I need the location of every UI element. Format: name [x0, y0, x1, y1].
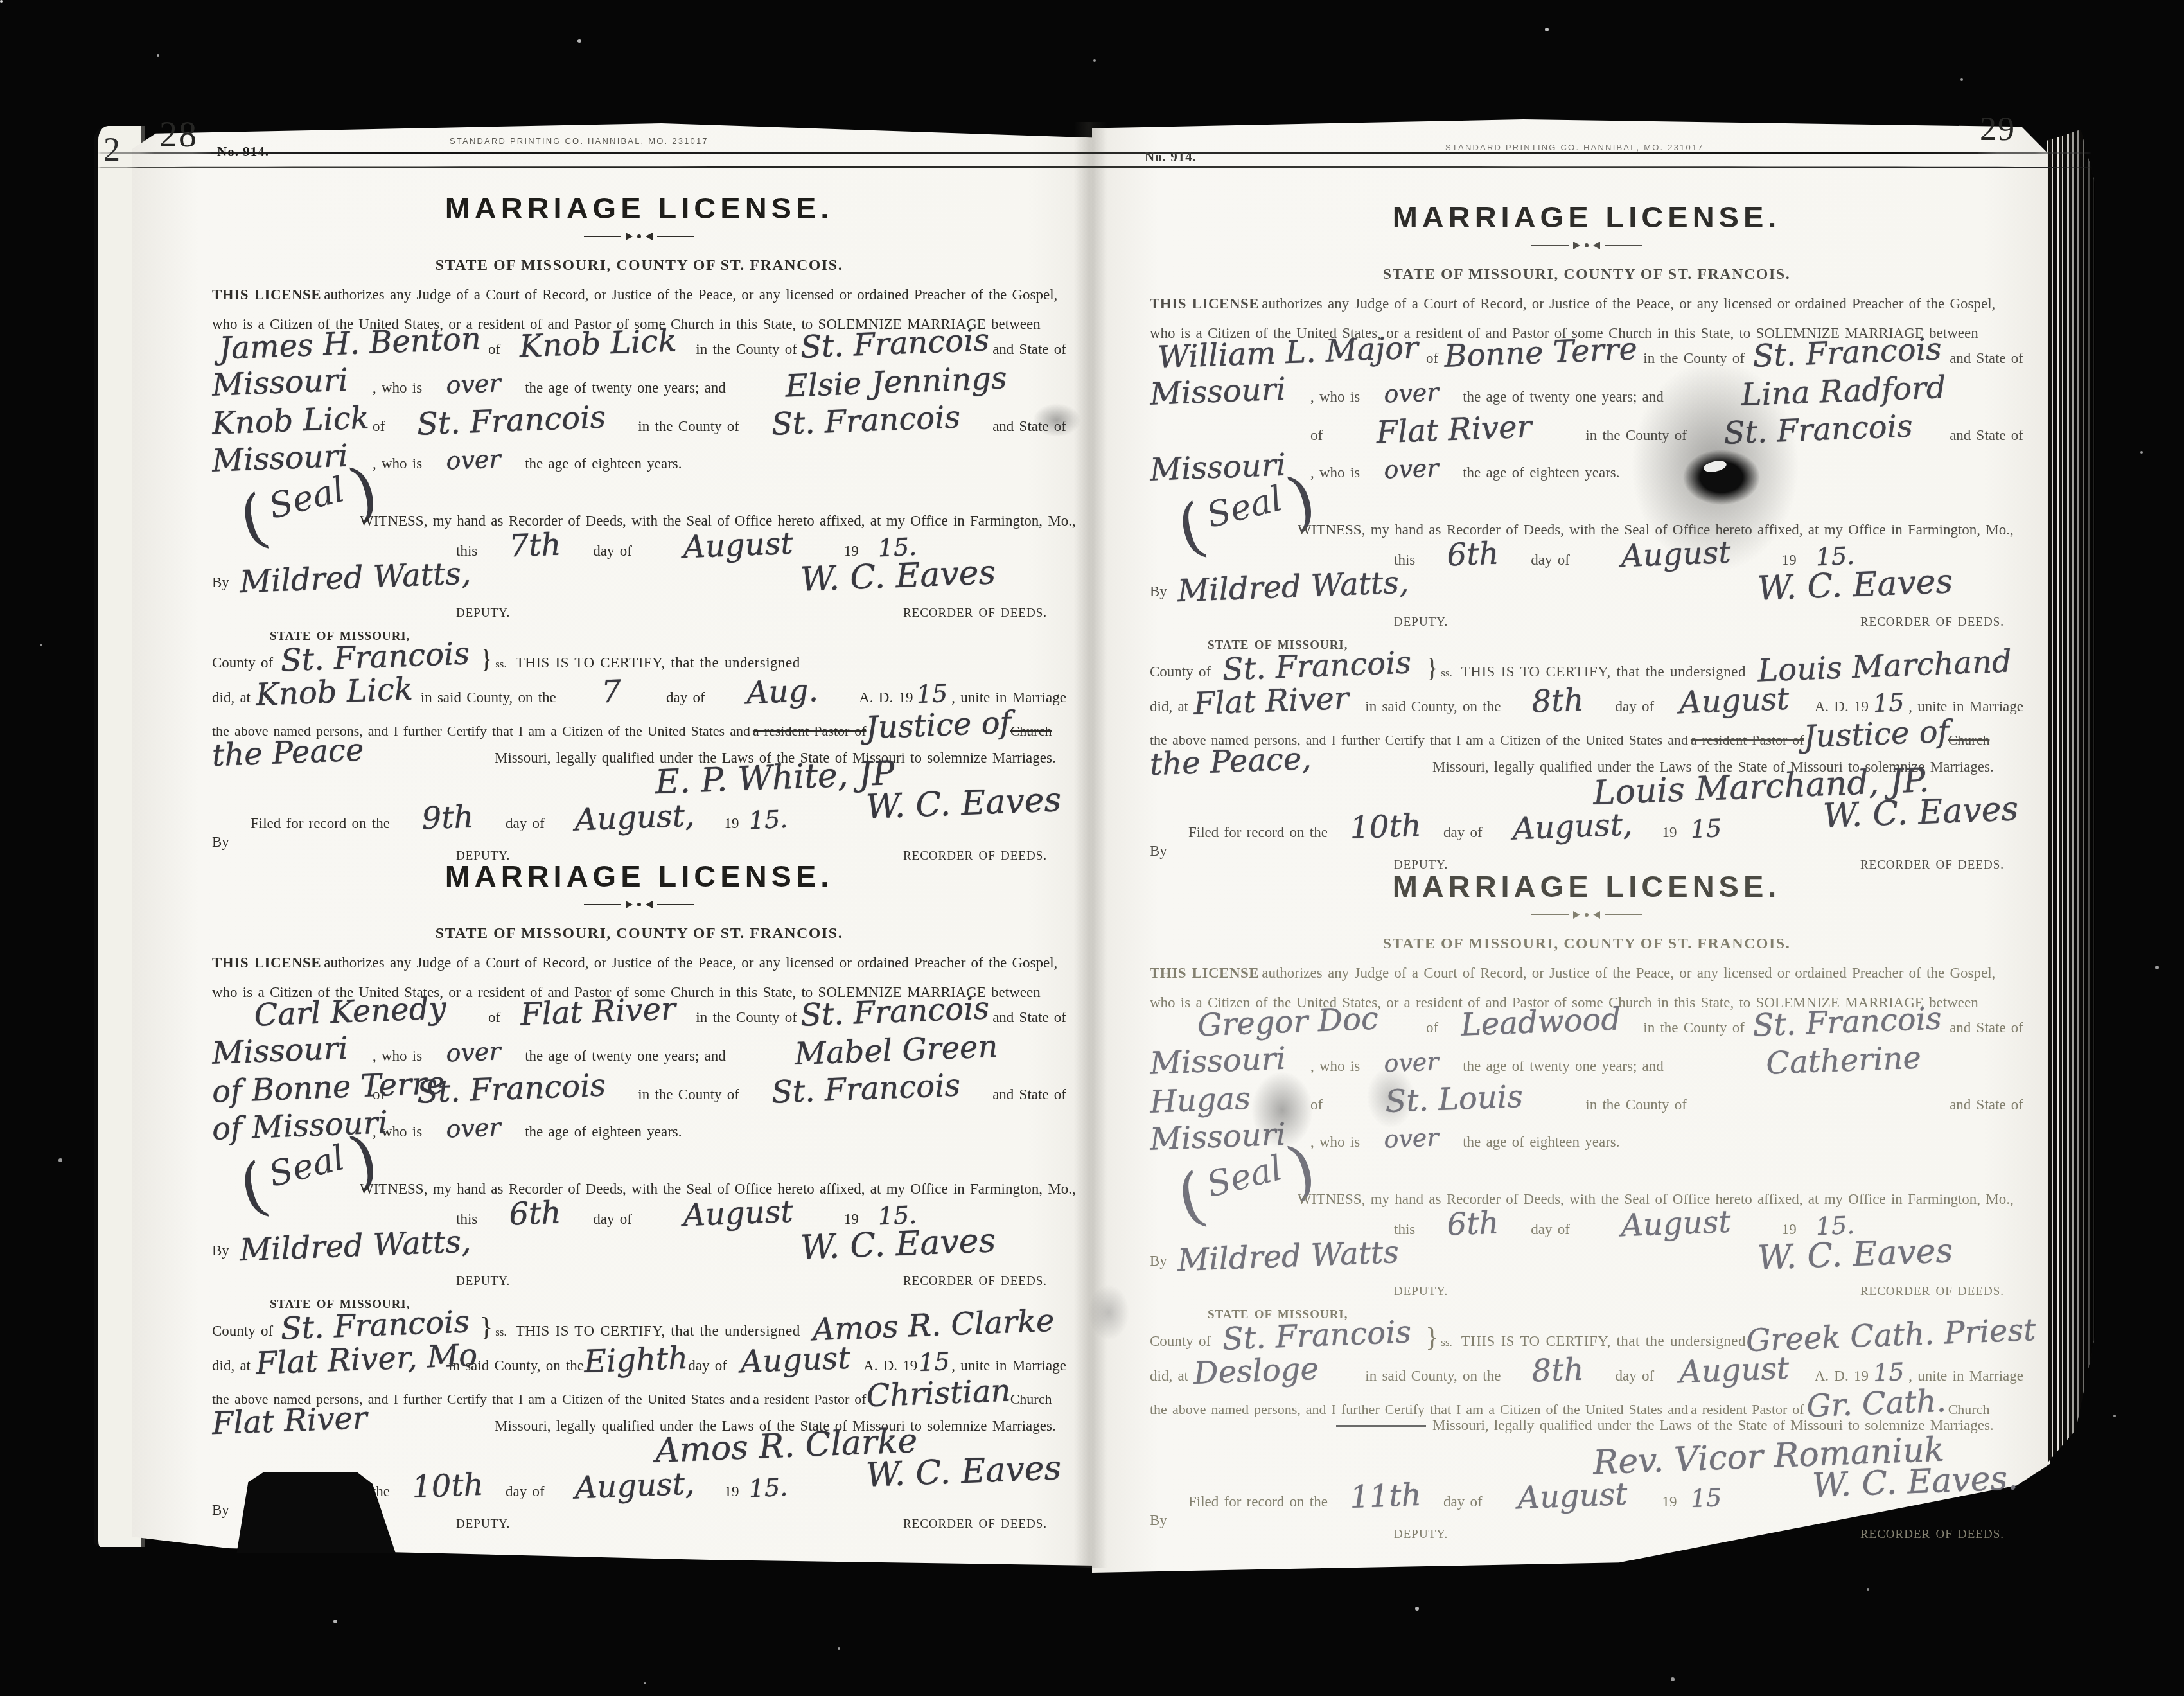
- printed-did-at: did, at: [1150, 698, 1188, 715]
- page-number-left: 28: [159, 114, 198, 155]
- printed-day-of: day of: [1616, 698, 1655, 715]
- groom-county: St. Francois: [1744, 335, 1950, 371]
- ornament-dot: [1585, 913, 1589, 917]
- filed-month: August,: [544, 801, 725, 836]
- license-text: authorizes any Judge of a Court of Recor…: [324, 955, 1057, 971]
- recorder-label: RECORDER OF DEEDS.: [903, 1517, 1047, 1532]
- deputy-label: DEPUTY.: [1394, 615, 1448, 630]
- deputy-recorder-line: By Mildred Watts, W. C. Eaves: [1150, 570, 2023, 601]
- pastor-of-text: a resident Pastor of: [753, 1391, 867, 1408]
- groom-line: William L. Major of Bonne Terre in the C…: [1150, 339, 2023, 367]
- license-text: authorizes any Judge of a Court of Recor…: [1262, 965, 1995, 982]
- justice-or-church: Justice of: [861, 709, 1016, 742]
- pastor-of-text: a resident Pastor of: [1691, 1401, 1804, 1418]
- this-license-label: THIS LICENSE: [212, 955, 321, 971]
- marriage-place-line: did, at Flat River in said County, on th…: [1150, 687, 2023, 715]
- page-stack-fore-edge: [2047, 130, 2095, 1498]
- recorder-label: RECORDER OF DEEDS.: [1860, 1285, 2004, 1299]
- brace: }: [480, 644, 493, 675]
- filed-day: 10th: [1327, 811, 1444, 844]
- license-form-2: MARRIAGE LICENSE. STATE OF MISSOURI, COU…: [212, 858, 1066, 1523]
- marriage-day: 8th: [1501, 685, 1616, 718]
- filed-year: 15.: [739, 808, 797, 832]
- marriage-month: Aug.: [705, 675, 859, 709]
- undersigned-name: Greek Cath. Priest: [1745, 1317, 2023, 1356]
- filed-day: 10th: [389, 1471, 506, 1503]
- ornament-line: [584, 236, 621, 238]
- brace: }: [1425, 653, 1438, 684]
- bookmark-tab: [230, 1472, 396, 1553]
- printed-ad-19: A. D. 19: [863, 1357, 917, 1374]
- ss-label: ss.: [1441, 1336, 1452, 1349]
- deputy-recorder-line: By Mildred Watts W. C. Eaves: [1150, 1240, 2023, 1270]
- state-county-heading: STATE OF MISSOURI, COUNTY OF ST. FRANCOI…: [1150, 266, 2023, 283]
- groom-county: St. Francois: [1744, 1005, 1950, 1040]
- form-title: MARRIAGE LICENSE.: [212, 858, 1066, 894]
- printed-and-state-of: and State of: [1950, 427, 2023, 444]
- marriage-year: 15: [917, 1350, 952, 1374]
- filed-line: Filed for record on the 9th day of Augus…: [212, 804, 1066, 832]
- filed-recorder-signature: W. C. Eaves: [865, 1453, 1062, 1490]
- marriage-day: Eighth: [583, 1345, 689, 1376]
- marriage-place: Flat River, Mo: [255, 1343, 448, 1378]
- age-over: over: [1360, 1050, 1463, 1075]
- bride-residence: Flat River: [1322, 411, 1586, 449]
- brace: }: [480, 1312, 493, 1343]
- deputy-signature: Mildred Watts,: [239, 1226, 516, 1265]
- ornament-line: [584, 904, 621, 906]
- marriage-year: 15: [1868, 691, 1909, 715]
- printed-by: By: [1150, 843, 1167, 860]
- printed-19: 19: [1782, 552, 1797, 569]
- bride-residence: St. Francois: [384, 1070, 638, 1108]
- this-license-label: THIS LICENSE: [1150, 965, 1259, 982]
- form-title: MARRIAGE LICENSE.: [1150, 199, 2023, 234]
- filed-recorder-signature: W. C. Eaves: [1822, 794, 2019, 831]
- groom-state-line: Missouri , who is over the age of twenty…: [212, 1037, 1066, 1064]
- printed-ad-19: A. D. 19: [1815, 698, 1869, 715]
- role-labels: DEPUTY. RECORDER OF DEEDS.: [1150, 615, 2023, 630]
- justice-or-church: Gr. Cath.: [1799, 1387, 1953, 1420]
- witness-line: WITNESS, my hand as Recorder of Deeds, w…: [1150, 1191, 2023, 1208]
- deputy-label: DEPUTY.: [456, 1517, 510, 1532]
- filed-month: August,: [544, 1469, 725, 1504]
- printed-in-county-of: in the County of: [638, 418, 739, 435]
- groom-county: St. Francois: [797, 326, 993, 362]
- marriage-place-line: did, at Desloge in said County, on the 8…: [1150, 1357, 2023, 1384]
- arrow-right-icon: [626, 233, 633, 240]
- printed-and-state-of: and State of: [1950, 1020, 2023, 1036]
- printer-imprint-right: STANDARD PRINTING CO. HANNIBAL, MO. 2310…: [1445, 143, 1704, 152]
- book-gutter-shadow: [1074, 122, 1107, 1568]
- citizen-text: the above named persons, and I further C…: [1150, 1401, 1688, 1418]
- arrow-right-icon: [1573, 911, 1580, 919]
- printed-day-of: day of: [593, 1211, 632, 1228]
- marriage-place-line: did, at Knob Lick in said County, on the…: [212, 678, 1066, 706]
- undersigned-name: Amos R. Clarke: [800, 1307, 1067, 1345]
- printer-imprint-left: STANDARD PRINTING CO. HANNIBAL, MO. 2310…: [450, 136, 709, 146]
- printed-who-is: , who is: [1310, 389, 1360, 405]
- printed-in-county-of: in the County of: [638, 1086, 739, 1103]
- form-title: MARRIAGE LICENSE.: [1150, 869, 2023, 904]
- printed-and-state-of: and State of: [992, 1086, 1066, 1103]
- printed-by: By: [212, 1502, 229, 1519]
- role-labels-bottom: DEPUTY. RECORDER OF DEEDS.: [1150, 1528, 2023, 1542]
- underlying-page-number: 2: [103, 131, 120, 169]
- arrow-left-icon: [1593, 911, 1600, 919]
- groom-name: Carl Kenedy: [211, 993, 488, 1032]
- printed-county-of: County of: [1150, 1333, 1211, 1350]
- witness-day: 6th: [1414, 1208, 1531, 1241]
- printed-of: of: [373, 418, 385, 435]
- groom-county: St. Francois: [797, 994, 993, 1030]
- groom-residence: Leadwood: [1438, 1005, 1644, 1040]
- printed-in-county-of: in the County of: [1643, 1020, 1745, 1036]
- groom-state-line: Missouri , who is over the age of twenty…: [1150, 1047, 2023, 1075]
- bride-county: St. Francois: [739, 1070, 993, 1108]
- printed-and-state-of: and State of: [992, 1009, 1066, 1026]
- printed-who-is: , who is: [1310, 1134, 1360, 1151]
- ink-blot: [1683, 450, 1760, 505]
- qualified-line: the Peace Missouri, legally qualified un…: [212, 739, 1066, 766]
- deputy-signature: Mildred Watts,: [239, 558, 516, 597]
- printed-19: 19: [844, 1211, 859, 1228]
- license-form-1: MARRIAGE LICENSE. STATE OF MISSOURI, COU…: [212, 190, 1066, 855]
- bride-name: Elsie Jennings: [725, 362, 1066, 403]
- printed-county-of: County of: [212, 1323, 273, 1339]
- age-over: over: [1360, 1126, 1463, 1151]
- printed-by: By: [1150, 1253, 1167, 1269]
- bride-residence-margin: [1150, 437, 1310, 443]
- printed-county-of: County of: [212, 655, 273, 671]
- witness-text: WITNESS, my hand as Recorder of Deeds, w…: [1298, 1191, 2014, 1208]
- undersigned-name: [800, 662, 1066, 673]
- printed-age-18: the age of eighteen years.: [1463, 1134, 1619, 1151]
- printed-who-is: , who is: [373, 1048, 422, 1064]
- printed-19: 19: [844, 543, 859, 560]
- struck-blank: [1336, 1425, 1426, 1427]
- brace: }: [1425, 1322, 1438, 1353]
- age-over: over: [1360, 456, 1463, 482]
- bride-county: [1687, 1104, 1950, 1115]
- filed-line: Filed for record on the 11th day of Augu…: [1150, 1483, 2023, 1510]
- groom-residence: Knob Lick: [500, 326, 696, 362]
- printed-age-21: the age of twenty one years; and: [1463, 1058, 1664, 1075]
- arrow-left-icon: [646, 233, 653, 240]
- groom-state-line: Missouri , who is over the age of twenty…: [1150, 378, 2023, 405]
- ornament-line: [657, 904, 694, 906]
- certify-text: THIS IS TO CERTIFY, that the undersigned: [1461, 1333, 1746, 1350]
- citizen-line: the above named persons, and I further C…: [1150, 1390, 2023, 1418]
- ornament-dot: [637, 903, 641, 906]
- recorder-signature: W. C. Eaves: [1757, 1236, 1953, 1273]
- justice-or-church: Christian: [861, 1377, 1016, 1410]
- printed-unite: , unite in Marriage: [951, 1357, 1066, 1374]
- filed-year: 15.: [739, 1476, 797, 1500]
- justice-or-church: Justice of: [1799, 718, 1953, 751]
- printed-filed: Filed for record on the: [251, 815, 390, 832]
- witness-line: WITNESS, my hand as Recorder of Deeds, w…: [1150, 522, 2023, 538]
- deputy-label: DEPUTY.: [1394, 1285, 1448, 1299]
- groom-residence: Bonne Terre: [1438, 335, 1644, 371]
- groom-state: Missouri: [211, 366, 373, 400]
- marriage-day: 7: [556, 676, 667, 709]
- arrow-right-icon: [626, 901, 633, 908]
- printed-day-of: day of: [1531, 552, 1570, 569]
- printed-ad-19: A. D. 19: [859, 689, 913, 706]
- deputy-recorder-line: By Mildred Watts, W. C. Eaves: [212, 1230, 1066, 1260]
- filed-recorder-signature: W. C. Eaves.: [1811, 1463, 2018, 1501]
- ornament-line: [1605, 914, 1642, 916]
- church-label: Church: [1010, 723, 1052, 739]
- certify-text: THIS IS TO CERTIFY, that the undersigned: [516, 1323, 800, 1339]
- officiant-signature: E. P. White, JP: [655, 759, 895, 798]
- filed-year: 15: [1677, 1486, 1735, 1510]
- printed-who-is: , who is: [373, 380, 422, 396]
- marriage-license-form: MARRIAGE LICENSE. STATE OF MISSOURI, COU…: [212, 858, 1066, 1523]
- printed-by: By: [1150, 583, 1167, 600]
- ss-label: ss.: [495, 658, 506, 671]
- marriage-place-line: did, at Flat River, Mo in said County, o…: [212, 1347, 1066, 1374]
- divider-ornament: [1150, 242, 2023, 249]
- certify-county-line: County of St. Francois } ss. THIS IS TO …: [1150, 1322, 2023, 1353]
- qualified-line: Missouri, legally qualified under the La…: [1150, 1417, 2023, 1434]
- this-license-label: THIS LICENSE: [1150, 296, 1259, 312]
- filed-line: Filed for record on the 10th day of Augu…: [1150, 813, 2023, 841]
- recorder-label: RECORDER OF DEEDS.: [903, 1275, 1047, 1289]
- recorder-signature: W. C. Eaves: [800, 1226, 996, 1263]
- printed-19: 19: [725, 1483, 739, 1500]
- marriage-license-form: MARRIAGE LICENSE. STATE OF MISSOURI, COU…: [1150, 869, 2023, 1533]
- printed-by: By: [1150, 1512, 1167, 1529]
- role-labels: DEPUTY. RECORDER OF DEEDS.: [212, 1275, 1066, 1289]
- printed-in-said-county: in said County, on the: [1365, 698, 1501, 715]
- arrow-right-icon: [1573, 242, 1580, 249]
- witness-line: WITNESS, my hand as Recorder of Deeds, w…: [212, 1181, 1066, 1197]
- marriage-month: August: [1653, 1354, 1815, 1388]
- printed-did-at: did, at: [1150, 1368, 1188, 1384]
- license-text-line-1: THIS LICENSE authorizes any Judge of a C…: [1150, 296, 2023, 312]
- filed-day: 11th: [1327, 1481, 1444, 1513]
- filed-year: 15: [1677, 817, 1735, 841]
- bride-residence: St. Francois: [384, 402, 638, 439]
- printed-filed: Filed for record on the: [1188, 824, 1328, 841]
- printed-age-21: the age of twenty one years; and: [525, 1048, 726, 1064]
- deputy-signature: Mildred Watts: [1177, 1237, 1454, 1275]
- bride-name: Catherine: [1663, 1040, 2023, 1082]
- certify-county-line: County of St. Francois } ss. THIS IS TO …: [212, 1312, 1066, 1343]
- printed-day-of: day of: [506, 1483, 545, 1500]
- printed-day-of: day of: [1443, 1494, 1483, 1510]
- struck-blank: [398, 752, 488, 754]
- page-top-rule-1: [96, 152, 2093, 154]
- printed-by: By: [212, 834, 229, 851]
- printed-age-18: the age of eighteen years.: [1463, 464, 1619, 481]
- arrow-left-icon: [646, 901, 653, 908]
- scanned-marriage-register: 2 28 29 No. 914. No. 914. STANDARD PRINT…: [0, 0, 2184, 1696]
- printed-and-state-of: and State of: [992, 341, 1066, 358]
- groom-state: Missouri: [1149, 375, 1310, 409]
- witness-text: WITNESS, my hand as Recorder of Deeds, w…: [360, 513, 1076, 529]
- page-top-rule-2: [96, 166, 2093, 168]
- bride-line: Knob Lick of St. Francois in the County …: [212, 407, 1066, 435]
- witness-month: August: [631, 1196, 844, 1232]
- filed-month: August: [1482, 1480, 1662, 1514]
- ornament-dot: [1585, 243, 1589, 247]
- printed-19: 19: [725, 815, 739, 832]
- state-county-heading: STATE OF MISSOURI, COUNTY OF ST. FRANCOI…: [212, 925, 1066, 942]
- groom-line: James H. Benton of Knob Lick in the Coun…: [212, 330, 1066, 358]
- marriage-year: 15: [913, 682, 952, 705]
- license-text-line-1: THIS LICENSE authorizes any Judge of a C…: [212, 955, 1066, 971]
- divider-ornament: [1150, 911, 2023, 919]
- ornament-dot: [637, 234, 641, 238]
- groom-name: James H. Benton: [211, 325, 488, 364]
- printed-in-said-county: in said County, on the: [421, 689, 556, 706]
- printed-who-is: , who is: [1310, 1058, 1360, 1075]
- printed-in-county-of: in the County of: [696, 1009, 797, 1026]
- deputy-label: DEPUTY.: [1394, 1528, 1448, 1542]
- printed-day-of: day of: [506, 815, 545, 832]
- scan-noise-specks: [0, 0, 3, 3]
- marriage-place: Knob Lick: [255, 675, 421, 709]
- ink-smudge: [1088, 1285, 1129, 1340]
- printed-who-is: , who is: [1310, 464, 1360, 481]
- ink-smudge: [1251, 1072, 1313, 1149]
- printed-in-county-of: in the County of: [696, 341, 797, 358]
- ink-smudge: [1367, 1066, 1414, 1128]
- recorder-label: RECORDER OF DEEDS.: [1860, 1528, 2004, 1542]
- printed-age-18: the age of eighteen years.: [525, 455, 682, 472]
- groom-residence: Flat River: [500, 994, 696, 1030]
- deputy-recorder-line: By Mildred Watts, W. C. Eaves: [212, 561, 1066, 592]
- marriage-day: 8th: [1501, 1355, 1616, 1387]
- ss-label: ss.: [1441, 667, 1452, 680]
- state-county-heading: STATE OF MISSOURI, COUNTY OF ST. FRANCOI…: [1150, 935, 2023, 953]
- marriage-license-form: MARRIAGE LICENSE. STATE OF MISSOURI, COU…: [1150, 199, 2023, 864]
- printed-ad-19: A. D. 19: [1815, 1368, 1869, 1384]
- certify-county: St. Francois: [272, 640, 477, 675]
- printed-day-of: day of: [1616, 1368, 1655, 1384]
- license-text: authorizes any Judge of a Court of Recor…: [1262, 296, 1995, 312]
- marriage-month: August: [727, 1344, 864, 1377]
- marriage-place: Desloge: [1193, 1354, 1366, 1388]
- pastor-of-text: a resident Pastor of: [1691, 732, 1804, 748]
- witness-text: WITNESS, my hand as Recorder of Deeds, w…: [360, 1181, 1076, 1197]
- printed-who-is: , who is: [373, 455, 422, 472]
- license-form-4: MARRIAGE LICENSE. STATE OF MISSOURI, COU…: [1150, 869, 2023, 1533]
- witness-day: 6th: [477, 1198, 594, 1230]
- undersigned-name: Louis Marchand: [1745, 648, 2023, 686]
- form-number-right: No. 914.: [1145, 149, 1197, 165]
- witness-line: WITNESS, my hand as Recorder of Deeds, w…: [212, 513, 1066, 529]
- divider-ornament: [212, 233, 1066, 240]
- bride-residence-margin: of Bonne Terre: [211, 1072, 373, 1106]
- license-text-line-1: THIS LICENSE authorizes any Judge of a C…: [1150, 965, 2023, 982]
- groom-line: Gregor Doc of Leadwood in the County of …: [1150, 1009, 2023, 1036]
- struck-blank: [1336, 761, 1426, 763]
- marriage-month: August: [1653, 684, 1815, 718]
- printed-of: of: [1426, 1020, 1438, 1036]
- printed-unite: , unite in Marriage: [1908, 1368, 2023, 1384]
- age-over: over: [1360, 380, 1463, 406]
- recorder-label: RECORDER OF DEEDS.: [903, 606, 1047, 621]
- printed-by: By: [212, 574, 229, 591]
- certify-text: THIS IS TO CERTIFY, that the undersigned: [1461, 664, 1746, 680]
- marriage-year: 15: [1868, 1361, 1909, 1384]
- recorder-signature: W. C. Eaves: [1757, 567, 1953, 604]
- ink-smudge: [1033, 403, 1080, 437]
- ornament-line: [1531, 914, 1569, 916]
- marriage-place: Flat River: [1193, 684, 1366, 718]
- form-title: MARRIAGE LICENSE.: [212, 190, 1066, 225]
- witness-day: 7th: [477, 530, 594, 562]
- witness-day: 6th: [1414, 539, 1531, 571]
- filed-month: August,: [1482, 810, 1662, 845]
- bride-residence: St. Louis: [1322, 1081, 1586, 1118]
- groom-state-line: Missouri , who is over the age of twenty…: [212, 369, 1066, 396]
- printed-in-said-county: in said County, on the: [1365, 1368, 1501, 1384]
- printed-of: of: [1310, 427, 1323, 444]
- age-over: over: [422, 447, 525, 473]
- bride-name: Mabel Green: [725, 1030, 1066, 1072]
- printed-filed: Filed for record on the: [1188, 1494, 1328, 1510]
- printed-and-state-of: and State of: [1950, 1097, 2023, 1113]
- peace-margin: [1150, 1427, 1330, 1434]
- printed-county-of: County of: [1150, 664, 1211, 680]
- bride-line: of Bonne Terre of St. Francois in the Co…: [212, 1075, 1066, 1103]
- ornament-line: [1605, 245, 1642, 247]
- printed-did-at: did, at: [212, 1357, 251, 1374]
- ornament-line: [657, 236, 694, 238]
- bride-residence-margin: Knob Lick: [211, 404, 373, 438]
- form-number-left: No. 914.: [217, 144, 269, 160]
- groom-line: Carl Kenedy of Flat River in the County …: [212, 998, 1066, 1026]
- this-license-label: THIS LICENSE: [212, 287, 321, 303]
- deputy-label: DEPUTY.: [456, 1275, 510, 1289]
- struck-blank: [398, 1420, 488, 1422]
- certify-county: St. Francois: [1210, 649, 1423, 685]
- state-county-heading: STATE OF MISSOURI, COUNTY OF ST. FRANCOI…: [212, 257, 1066, 274]
- printed-age-18: the age of eighteen years.: [525, 1124, 682, 1140]
- witness-month: August: [631, 528, 844, 564]
- printed-unite: , unite in Marriage: [951, 689, 1066, 706]
- filed-by-line: By: [1150, 843, 2023, 860]
- marriage-license-form: MARRIAGE LICENSE. STATE OF MISSOURI, COU…: [212, 190, 1066, 855]
- witness-month: August: [1569, 1206, 1782, 1242]
- printed-unite: , unite in Marriage: [1908, 698, 2023, 715]
- printed-age-21: the age of twenty one years; and: [525, 380, 726, 396]
- printed-day-of: day of: [1443, 824, 1483, 841]
- filed-by-line: By: [212, 834, 1066, 851]
- pastor-of-text: a resident Pastor of: [753, 723, 867, 739]
- groom-name: Gregor Doc: [1149, 1003, 1426, 1042]
- printed-age-21: the age of twenty one years; and: [1463, 389, 1664, 405]
- role-labels: DEPUTY. RECORDER OF DEEDS.: [212, 606, 1066, 621]
- bride-county: St. Francois: [739, 402, 993, 439]
- printed-19: 19: [1782, 1221, 1797, 1238]
- church-label: Church: [1948, 1401, 1990, 1418]
- printed-day-of: day of: [666, 689, 705, 706]
- divider-ornament: [212, 901, 1066, 908]
- certify-county: St. Francois: [1210, 1318, 1423, 1354]
- age-over: over: [422, 1115, 525, 1141]
- bride-line: of Flat River in the County of St. Franc…: [1150, 416, 2023, 444]
- printed-of: of: [488, 341, 500, 358]
- arrow-left-icon: [1593, 242, 1600, 249]
- deputy-signature: Mildred Watts,: [1177, 567, 1454, 606]
- qualified-line: Flat River Missouri, legally qualified u…: [212, 1407, 1066, 1435]
